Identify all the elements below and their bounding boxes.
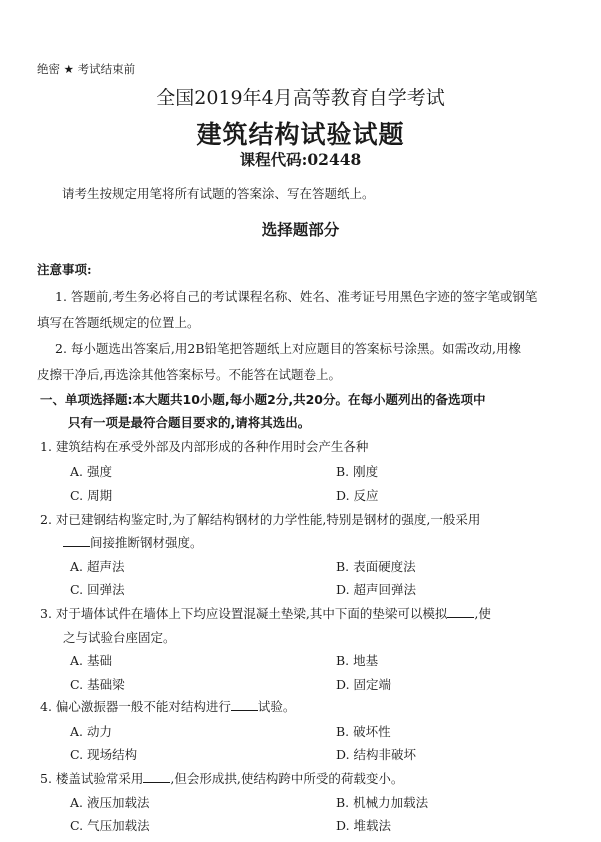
confidential-label: 绝密 ★ 考试结束前 — [37, 61, 135, 77]
q1-option-a: A. 强度 — [70, 462, 112, 480]
q4-option-a: A. 动力 — [70, 722, 112, 740]
q2-option-c: C. 回弹法 — [70, 580, 125, 598]
q2-option-a: A. 超声法 — [70, 557, 124, 575]
section-title: 选择题部分 — [0, 218, 601, 240]
q5-option-a: A. 液压加载法 — [70, 793, 149, 811]
question-4: 4. 偏心激振器一般不能对结构进行试验。 — [40, 697, 295, 715]
question-2-cont: 间接推断钢材强度。 — [63, 533, 203, 551]
q1-option-d: D. 反应 — [336, 486, 379, 504]
note-2-line1: 2. 每小题选出答案后,用2B铅笔把答题纸上对应题目的答案标号涂黑。如需改动,用… — [55, 339, 521, 357]
notice-title: 注意事项: — [37, 260, 92, 278]
q5-option-b: B. 机械力加载法 — [336, 793, 428, 811]
answer-blank — [143, 772, 170, 783]
q1-option-b: B. 刚度 — [336, 462, 378, 480]
q5-option-d: D. 堆载法 — [336, 816, 391, 834]
question-3-cont: 之与试验台座固定。 — [63, 628, 176, 646]
q3-option-d: D. 固定端 — [336, 675, 391, 693]
question-5: 5. 楼盖试验常采用,但会形成拱,使结构跨中所受的荷载变小。 — [40, 769, 403, 787]
part-heading-line2: 只有一项是最符合题目要求的,请将其选出。 — [68, 413, 310, 431]
question-3: 3. 对于墙体试件在墙体上下均应设置混凝土垫梁,其中下面的垫梁可以模拟,使 — [40, 604, 491, 622]
answer-blank — [447, 607, 474, 618]
note-1-line1: 1. 答题前,考生务必将自己的考试课程名称、姓名、准考证号用黑色字迹的签字笔或钢… — [55, 287, 537, 305]
part-heading-line1: 一、单项选择题:本大题共10小题,每小题2分,共20分。在每小题列出的备选项中 — [40, 390, 486, 408]
q4-option-b: B. 破坏性 — [336, 722, 391, 740]
answer-blank — [231, 700, 258, 711]
question-1: 1. 建筑结构在承受外部及内部形成的各种作用时会产生各种 — [40, 437, 368, 455]
subject-title: 建筑结构试验试题 — [0, 115, 601, 151]
q2-option-b: B. 表面硬度法 — [336, 557, 416, 575]
q1-option-c: C. 周期 — [70, 486, 112, 504]
q4-option-c: C. 现场结构 — [70, 745, 137, 763]
note-2-line2: 皮擦干净后,再选涂其他答案标号。不能答在试题卷上。 — [37, 365, 341, 383]
q4-option-d: D. 结构非破坏 — [336, 745, 416, 763]
question-2: 2. 对已建钢结构鉴定时,为了解结构钢材的力学性能,特别是钢材的强度,一般采用 — [40, 510, 480, 528]
course-code: 课程代码:02448 — [0, 148, 601, 170]
q3-option-a: A. 基础 — [70, 651, 112, 669]
q2-option-d: D. 超声回弹法 — [336, 580, 416, 598]
q5-option-c: C. 气压加载法 — [70, 816, 150, 834]
answer-blank — [63, 536, 90, 547]
instruction: 请考生按规定用笔将所有试题的答案涂、写在答题纸上。 — [62, 184, 375, 202]
note-1-line2: 填写在答题纸规定的位置上。 — [37, 313, 200, 331]
q3-option-b: B. 地基 — [336, 651, 378, 669]
q3-option-c: C. 基础梁 — [70, 675, 125, 693]
exam-title: 全国2019年4月高等教育自学考试 — [0, 83, 601, 110]
